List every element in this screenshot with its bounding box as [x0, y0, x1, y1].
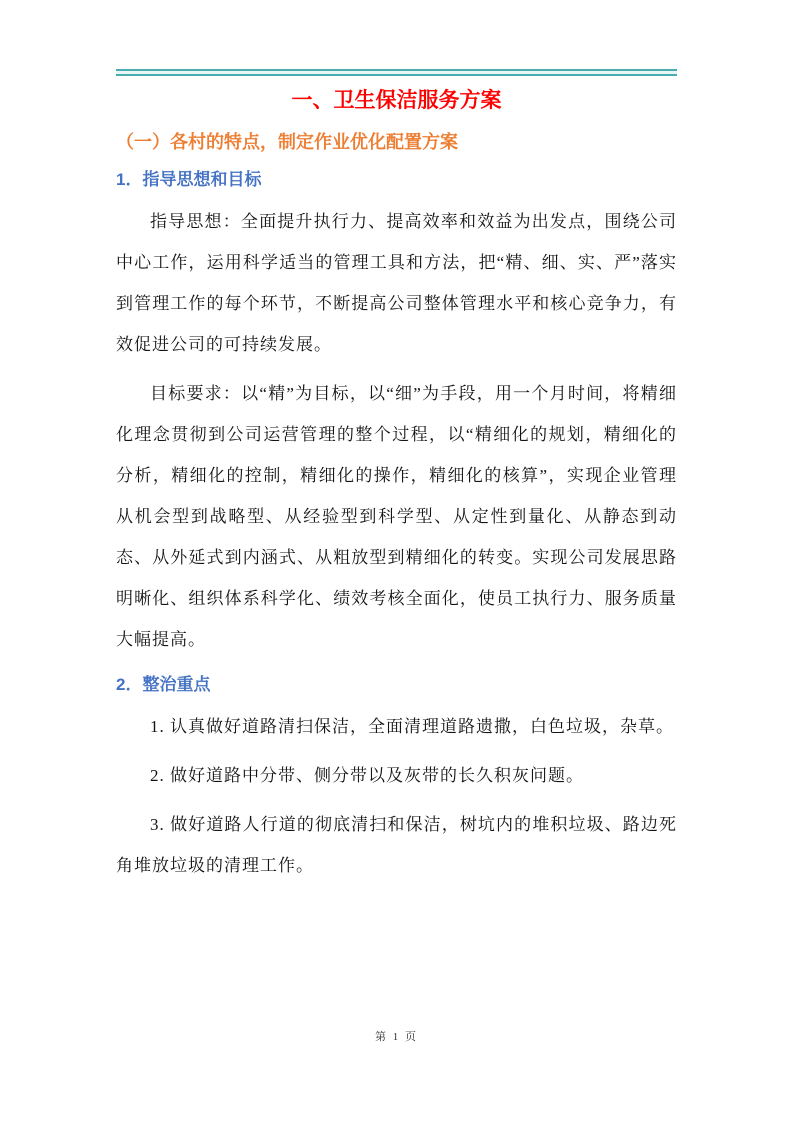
- document-page: 一、卫生保洁服务方案 （一）各村的特点，制定作业优化配置方案 1．指导思想和目标…: [0, 0, 793, 886]
- document-title: 一、卫生保洁服务方案: [116, 87, 677, 115]
- heading-guiding-principles: 1．指导思想和目标: [116, 167, 677, 193]
- section-subtitle: （一）各村的特点，制定作业优化配置方案: [116, 129, 677, 155]
- paragraph-guiding-thought: 指导思想：全面提升执行力、提高效率和效益为出发点，围绕公司中心工作，运用科学适当…: [116, 201, 677, 365]
- heading-remediation-focus: 2．整治重点: [116, 672, 677, 698]
- list-item-road-sweeping: 1. 认真做好道路清扫保洁，全面清理道路遗撒，白色垃圾，杂草。: [116, 706, 677, 747]
- list-item-sidewalks: 3. 做好道路人行道的彻底清扫和保洁，树坑内的堆积垃圾、路边死角堆放垃圾的清理工…: [116, 804, 677, 886]
- list-item-median-strips: 2. 做好道路中分带、侧分带以及灰带的长久积灰问题。: [116, 755, 677, 796]
- paragraph-target-requirements: 目标要求：以“精”为目标，以“细”为手段，用一个月时间，将精细化理念贯彻到公司运…: [116, 373, 677, 660]
- header-rule: [116, 69, 677, 76]
- page-number: 第 1 页: [0, 1028, 793, 1044]
